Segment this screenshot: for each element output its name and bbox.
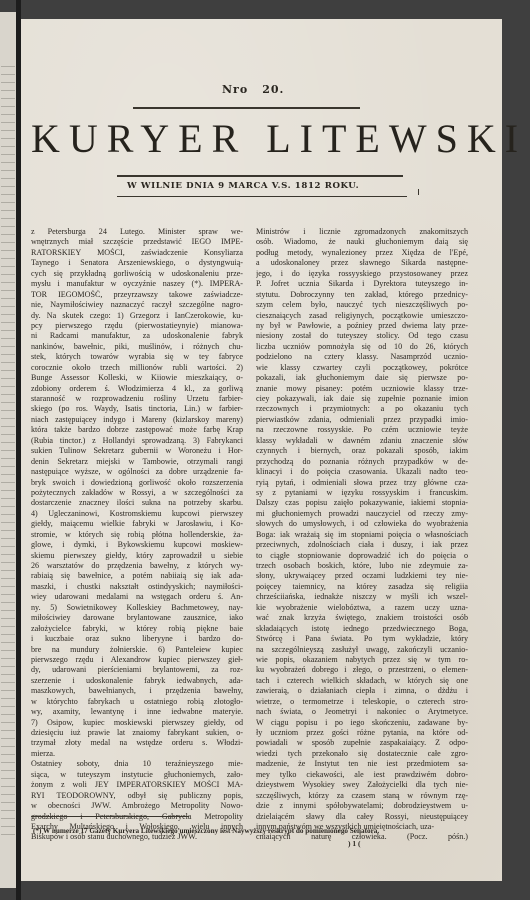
text-line: glowe, i dymki, i Bykowskiemu kupcowi mo… [31, 540, 243, 550]
text-line: denin Sekretarz miejski w Tambowie, otrz… [31, 457, 243, 467]
text-line: maszkowych, bawełnianych, i przędzenia b… [31, 686, 243, 696]
text-line: wie klassy czwartey czyli początkowey, p… [256, 363, 468, 373]
text-line: trzymał złoty medal na wstędze orderu s.… [31, 738, 243, 748]
text-line: giełdy, maiącemu wielkie fabryki w Jaros… [31, 519, 243, 529]
footnote: (*) W numerze 17 Gazety Kuryera Litewski… [33, 827, 473, 835]
text-line: nie, Naymiłościwiey naznaczyć raczył szc… [31, 300, 243, 310]
text-line: P. Jofret ucznia Sikarda i Dyrektora tut… [256, 279, 468, 289]
text-line: dzie z innymi spółobywatelami; dobrodzie… [256, 801, 468, 811]
text-line: sukien Tulinow Sekretarz gubernii w Woro… [31, 446, 243, 456]
masthead-rule-bottom [117, 196, 407, 197]
text-line: dzieystwem Wysokiey swey Założycielki dl… [256, 780, 468, 790]
text-line: słony, ukrywaiącey przed oczami ludzkiem… [256, 571, 468, 581]
ink-mark [418, 189, 419, 195]
text-line: wy, axamity, lewantynę i inne iedwabne m… [31, 707, 243, 717]
footnote-rule [31, 816, 189, 817]
text-line: w obecności JWW. Ambrożego Metropolity N… [31, 801, 243, 811]
text-line: to ciągłe stopniowanie doprowadzić ich d… [256, 551, 468, 561]
text-line: pokazali, iak głuchoniemym daie się pier… [256, 373, 468, 383]
text-line: podzielono na cztery klassy. Nasamprzód … [256, 352, 468, 362]
text-line: kie wyobrażenie wielobóztwa, a razem ucz… [256, 603, 468, 613]
text-line: przeciwnych, zdolnościach ciała i duszy,… [256, 540, 468, 550]
text-line: szczęśliwych, którzy za czasem staną w r… [256, 791, 468, 801]
text-line: poięcey taiemnicy, na którey zasadza się… [256, 582, 468, 592]
text-line: przychodzą do poznania różnych przypadkó… [256, 457, 468, 467]
text-line: skiego (po ros. Waydy, Isatis tinctoria,… [31, 404, 243, 414]
masthead-rule-top [133, 107, 360, 109]
text-line: szym celem było, nauczyć tych nieszczęśl… [256, 300, 468, 310]
text-line: pierwszego rzędu i Alexandrow kupiec pie… [31, 655, 243, 665]
text-line: składaiących istotę iednego przedwieczne… [256, 624, 468, 634]
page-number: ) 1 ( [348, 839, 361, 848]
text-line: ciey pokazywali, iak daie się zupełnie p… [256, 394, 468, 404]
text-line: w którychto fabrykach u ostatniego robią… [31, 697, 243, 707]
text-line: znanie mowy pisaney: potém uczniowie kla… [256, 384, 468, 394]
text-line: która także bardzo dobrze zastępować moż… [31, 425, 243, 435]
text-line: chrześciiańska, iednakże niszczy w myśli… [256, 592, 468, 602]
text-line: stromie, w których się robią płótna holl… [31, 530, 243, 540]
text-line: wietrze, o termometrze i teleskopie, o c… [256, 697, 468, 707]
text-line: szerzenie i udoskonalenie fabryk iedwabn… [31, 676, 243, 686]
text-line: RATORSKIEY MOŚCI, zaświadczenie Konsylia… [31, 248, 243, 258]
text-line: Dalszy czas popisu zaięło pokazywanie, i… [256, 498, 468, 508]
previous-page-text [1, 62, 15, 842]
text-line: dzielaiącém sławy dla całey Rossyi, nieu… [256, 812, 468, 822]
text-line: Ministrów i licznie zgromadzonych znakom… [256, 227, 468, 237]
text-line: ku wyobrażeń dobrego i złego, o przestrz… [256, 665, 468, 675]
text-line: nach świata, o Jeometryi i nakoniec o Ar… [256, 707, 468, 717]
text-line: dziesięciu iuż prawie lat znaiomy fabryk… [31, 728, 243, 738]
issue-number-label: Nro [222, 83, 248, 96]
text-line: cych się przykładną gorliwością w udosko… [31, 269, 243, 279]
dateline: W WILNIE DNIA 9 MARCA V.S. 1812 ROKU. [127, 181, 427, 191]
text-line: rabiaią się bawełnice, a potém nabiiaią … [31, 571, 243, 581]
text-line: ny był w Pawłowie, a poźniey przed dwiem… [256, 321, 468, 331]
text-line: 26 warsztatów do przędzenia bawełny, z k… [31, 561, 243, 571]
text-line: pcy pierwszego rzędu (pierwostatieynyie)… [31, 321, 243, 331]
text-line: ryią pytań, i odmieniali słowa przez trz… [256, 478, 468, 488]
text-line: wiedzi tych przekonało się dostatecznie … [256, 749, 468, 759]
text-line: Taynego i Senatora Arszeniewskiego, o dy… [31, 258, 243, 268]
text-line: staranność w rozprowadzeniu rośliny Urze… [31, 394, 243, 404]
text-line: dy. Na skutek czego: 1) Grzegorz i IanCz… [31, 311, 243, 321]
text-line: ły uczniom przez gości różne pytania, na… [256, 728, 468, 738]
text-line: następuiące wyższe, w ogólności za dobre… [31, 467, 243, 477]
text-line: stek, których towarów wyrabia się w tey … [31, 352, 243, 362]
text-line: Ostatniey soboty, dnia 10 teraźnieyszego… [31, 759, 243, 769]
text-line: Bunge Assessor Kolleski, w Kiiowie miesz… [31, 373, 243, 383]
text-line: słowych do umysłowych, i od człowieka do… [256, 519, 468, 529]
text-line: madzenie, że Instytut ten nie iest przed… [256, 759, 468, 769]
issue-number: Nro20. [222, 83, 342, 96]
newspaper-title: KURYER LITEWSKI [31, 115, 491, 162]
text-line: wiey udarowani medalami na wstęgach orde… [31, 592, 243, 602]
text-line: Boga: iak wrażaią się im stopniami poięc… [256, 530, 468, 540]
text-line: powiadali w sposób zupełnie zaspakaiaiąc… [256, 738, 468, 748]
text-line: niach zastępuiącey indygo i Mareny (kizl… [31, 415, 243, 425]
text-line: TOR IEGOMOŚĆ, przeyrzawszy takowe zaświa… [31, 290, 243, 300]
text-line: ny. 5) Sowietnikowey Kolleskiey Bachmeto… [31, 603, 243, 613]
text-line: zdobiony orderem ś. Włodzimierza 4 kl., … [31, 384, 243, 394]
text-line: stytutu. Dobroczynny ten zakład, którego… [256, 290, 468, 300]
text-line: rzeczownych i przymiotnych: a po okazani… [256, 404, 468, 414]
text-line: z Petersburga 24 Lutego. Minister spraw … [31, 227, 243, 237]
text-line: Stwórcę i Pana świata. Po tym wykładzie,… [256, 634, 468, 644]
text-line: wie popis, okazaniem nabytych przez się … [256, 655, 468, 665]
text-line: podług metody, wynalezioney przez Xiędza… [256, 248, 468, 258]
text-line: W ciągu popisu i po iego skończeniu, zad… [256, 718, 468, 728]
issue-number-value: 20. [262, 83, 284, 96]
text-line: mysłu i manufaktur w oyczyźnie naszey (*… [31, 279, 243, 289]
newspaper-page: Nro20. KURYER LITEWSKI W WILNIE DNIA 9 M… [21, 19, 502, 881]
text-line: a udoskonaloney przez sławnego Sikarda n… [256, 258, 468, 268]
text-line: jego, i do ięzyka rossyyskiego przystoso… [256, 269, 468, 279]
text-line: corocznie około trzech millionów rubli w… [31, 363, 243, 373]
text-line: bre na mundury żołnierskie. 6) Panteleie… [31, 645, 243, 655]
text-line: liczba uczniów pomnożyła się od 10 do 26… [256, 342, 468, 352]
text-line: mierza. [31, 749, 243, 759]
text-line: pierwiastków zdania, odmieniali przez pr… [256, 415, 468, 425]
text-line: 4) Ugleczaninowi, Kostromskiemu kupcowi … [31, 509, 243, 519]
text-line: nankinów, bawełnic, piki, muślinów, i ró… [31, 342, 243, 352]
text-line: żonym z woli JEY IMPERATORSKIEY MOŚCI MA… [31, 780, 243, 790]
text-line: mi głuchoniemych prowadzi nauczyciel od … [256, 509, 468, 519]
text-line: ciesznaiących zasad religiynych, początk… [256, 311, 468, 321]
text-line: ni Radcami manufaktur, za udoskonalenie … [31, 331, 243, 341]
text-line: siąca, w tuteyszym instytucie głuchoniem… [31, 770, 243, 780]
text-line: tach i czterech wielkich składach, w któ… [256, 676, 468, 686]
text-line: klassy wykładali w dawném zdaniu znaczen… [256, 436, 468, 446]
text-line: trzech osobach boskich, które, lubo nie … [256, 561, 468, 571]
text-line: (Rubia tinctor.) z Hollandyi sprowadzaną… [31, 436, 243, 446]
text-line: wać znak krzyża świętego, znakiem troist… [256, 613, 468, 623]
text-line: niesiony został do tuteyszey stolicy. Od… [256, 331, 468, 341]
text-line: RYI TEODOROWNY, odbył się publiczny popi… [31, 791, 243, 801]
text-line: wnętrznych miał szczęście przedstawić IE… [31, 237, 243, 247]
text-line: dostarczenie znaczney ilości sukna na po… [31, 498, 243, 508]
text-line: dy, udarowani pierścieniami brylantowemi… [31, 665, 243, 675]
text-line: maszki, i chustki nakształt ostindyyskic… [31, 582, 243, 592]
text-line: i kuczbaie oraz sukno liberyyne i bardzo… [31, 634, 243, 644]
right-column-article: Ministrów i licznie zgromadzonych znakom… [256, 227, 468, 843]
left-column-article: z Petersburga 24 Lutego. Minister spraw … [31, 227, 243, 843]
text-line: czynnych i biernych, oraz pokazali sposó… [256, 446, 468, 456]
text-line: sy z pytaniami w ięzyku rossyyskim i fra… [256, 488, 468, 498]
text-line: klinacyi i do poięcia czasowania. Ukazal… [256, 467, 468, 477]
text-line: 7) Osipow, kupiec moskiewski pierwszey g… [31, 718, 243, 728]
text-line: zawieraią, o działaniach ciepła i zimna,… [256, 686, 468, 696]
text-line: bryk swoich i dowiedzioną gorliwość okoł… [31, 478, 243, 488]
text-line: na rzeczowne rossyyskie. Po czém uczniow… [256, 425, 468, 435]
text-line: założycielce fabryki, w którey robią pię… [31, 624, 243, 634]
text-line: mey tylko ciekawości, ale iest prawdziwé… [256, 770, 468, 780]
text-line: na szczególnieyszą zasłużył uwagę, zakoń… [256, 645, 468, 655]
masthead-rule-middle [117, 175, 403, 177]
text-line: osób. Wiadomo, że nauki głuchoniemym dai… [256, 237, 468, 247]
text-line: miłościwiey darowane brylantowane zauszn… [31, 613, 243, 623]
text-line: pożytecznych zakładów w Rossyi, a w szcz… [31, 488, 243, 498]
text-line: skiemu pierwszey giełdy, który zaprowadz… [31, 551, 243, 561]
